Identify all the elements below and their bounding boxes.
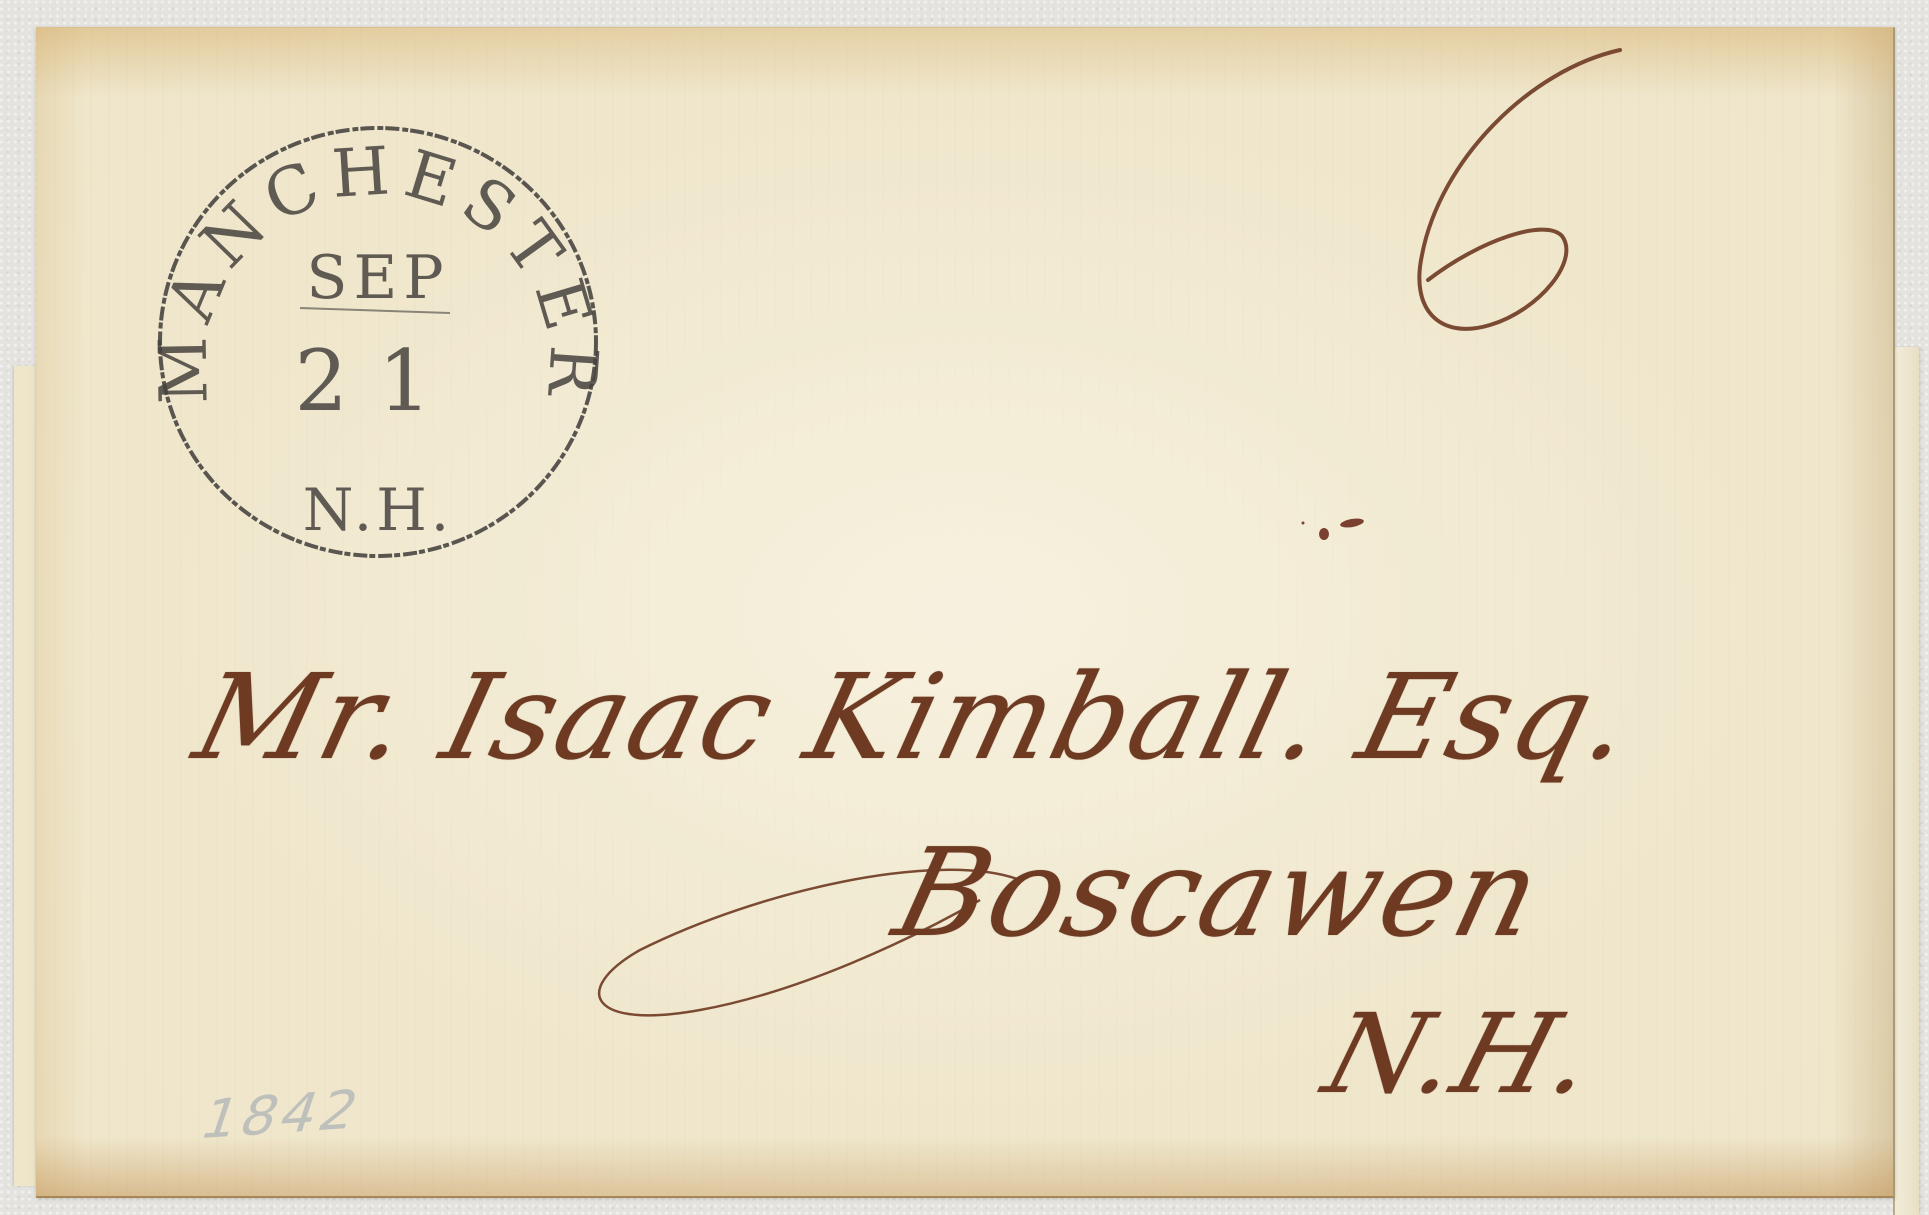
addressee-name: Mr. Isaac Kimball. Esq.	[183, 648, 1648, 786]
addressee-town: Boscawen	[882, 822, 1555, 964]
svg-text:6: 6	[1380, 40, 1381, 41]
postmark-state: N.H.	[303, 476, 454, 544]
circular-datestamp: MANCHESTER SEP 21 N.H.	[150, 118, 606, 566]
manuscript-rate: 6	[1380, 40, 1640, 350]
addressee-state: N.H.	[1312, 990, 1612, 1118]
right-flap	[1893, 347, 1919, 1215]
postmark-day: 21	[295, 332, 462, 430]
pencil-year-note: 1842	[193, 1078, 371, 1152]
ink-blots	[1300, 510, 1380, 550]
postmark-month: SEP	[306, 243, 449, 313]
